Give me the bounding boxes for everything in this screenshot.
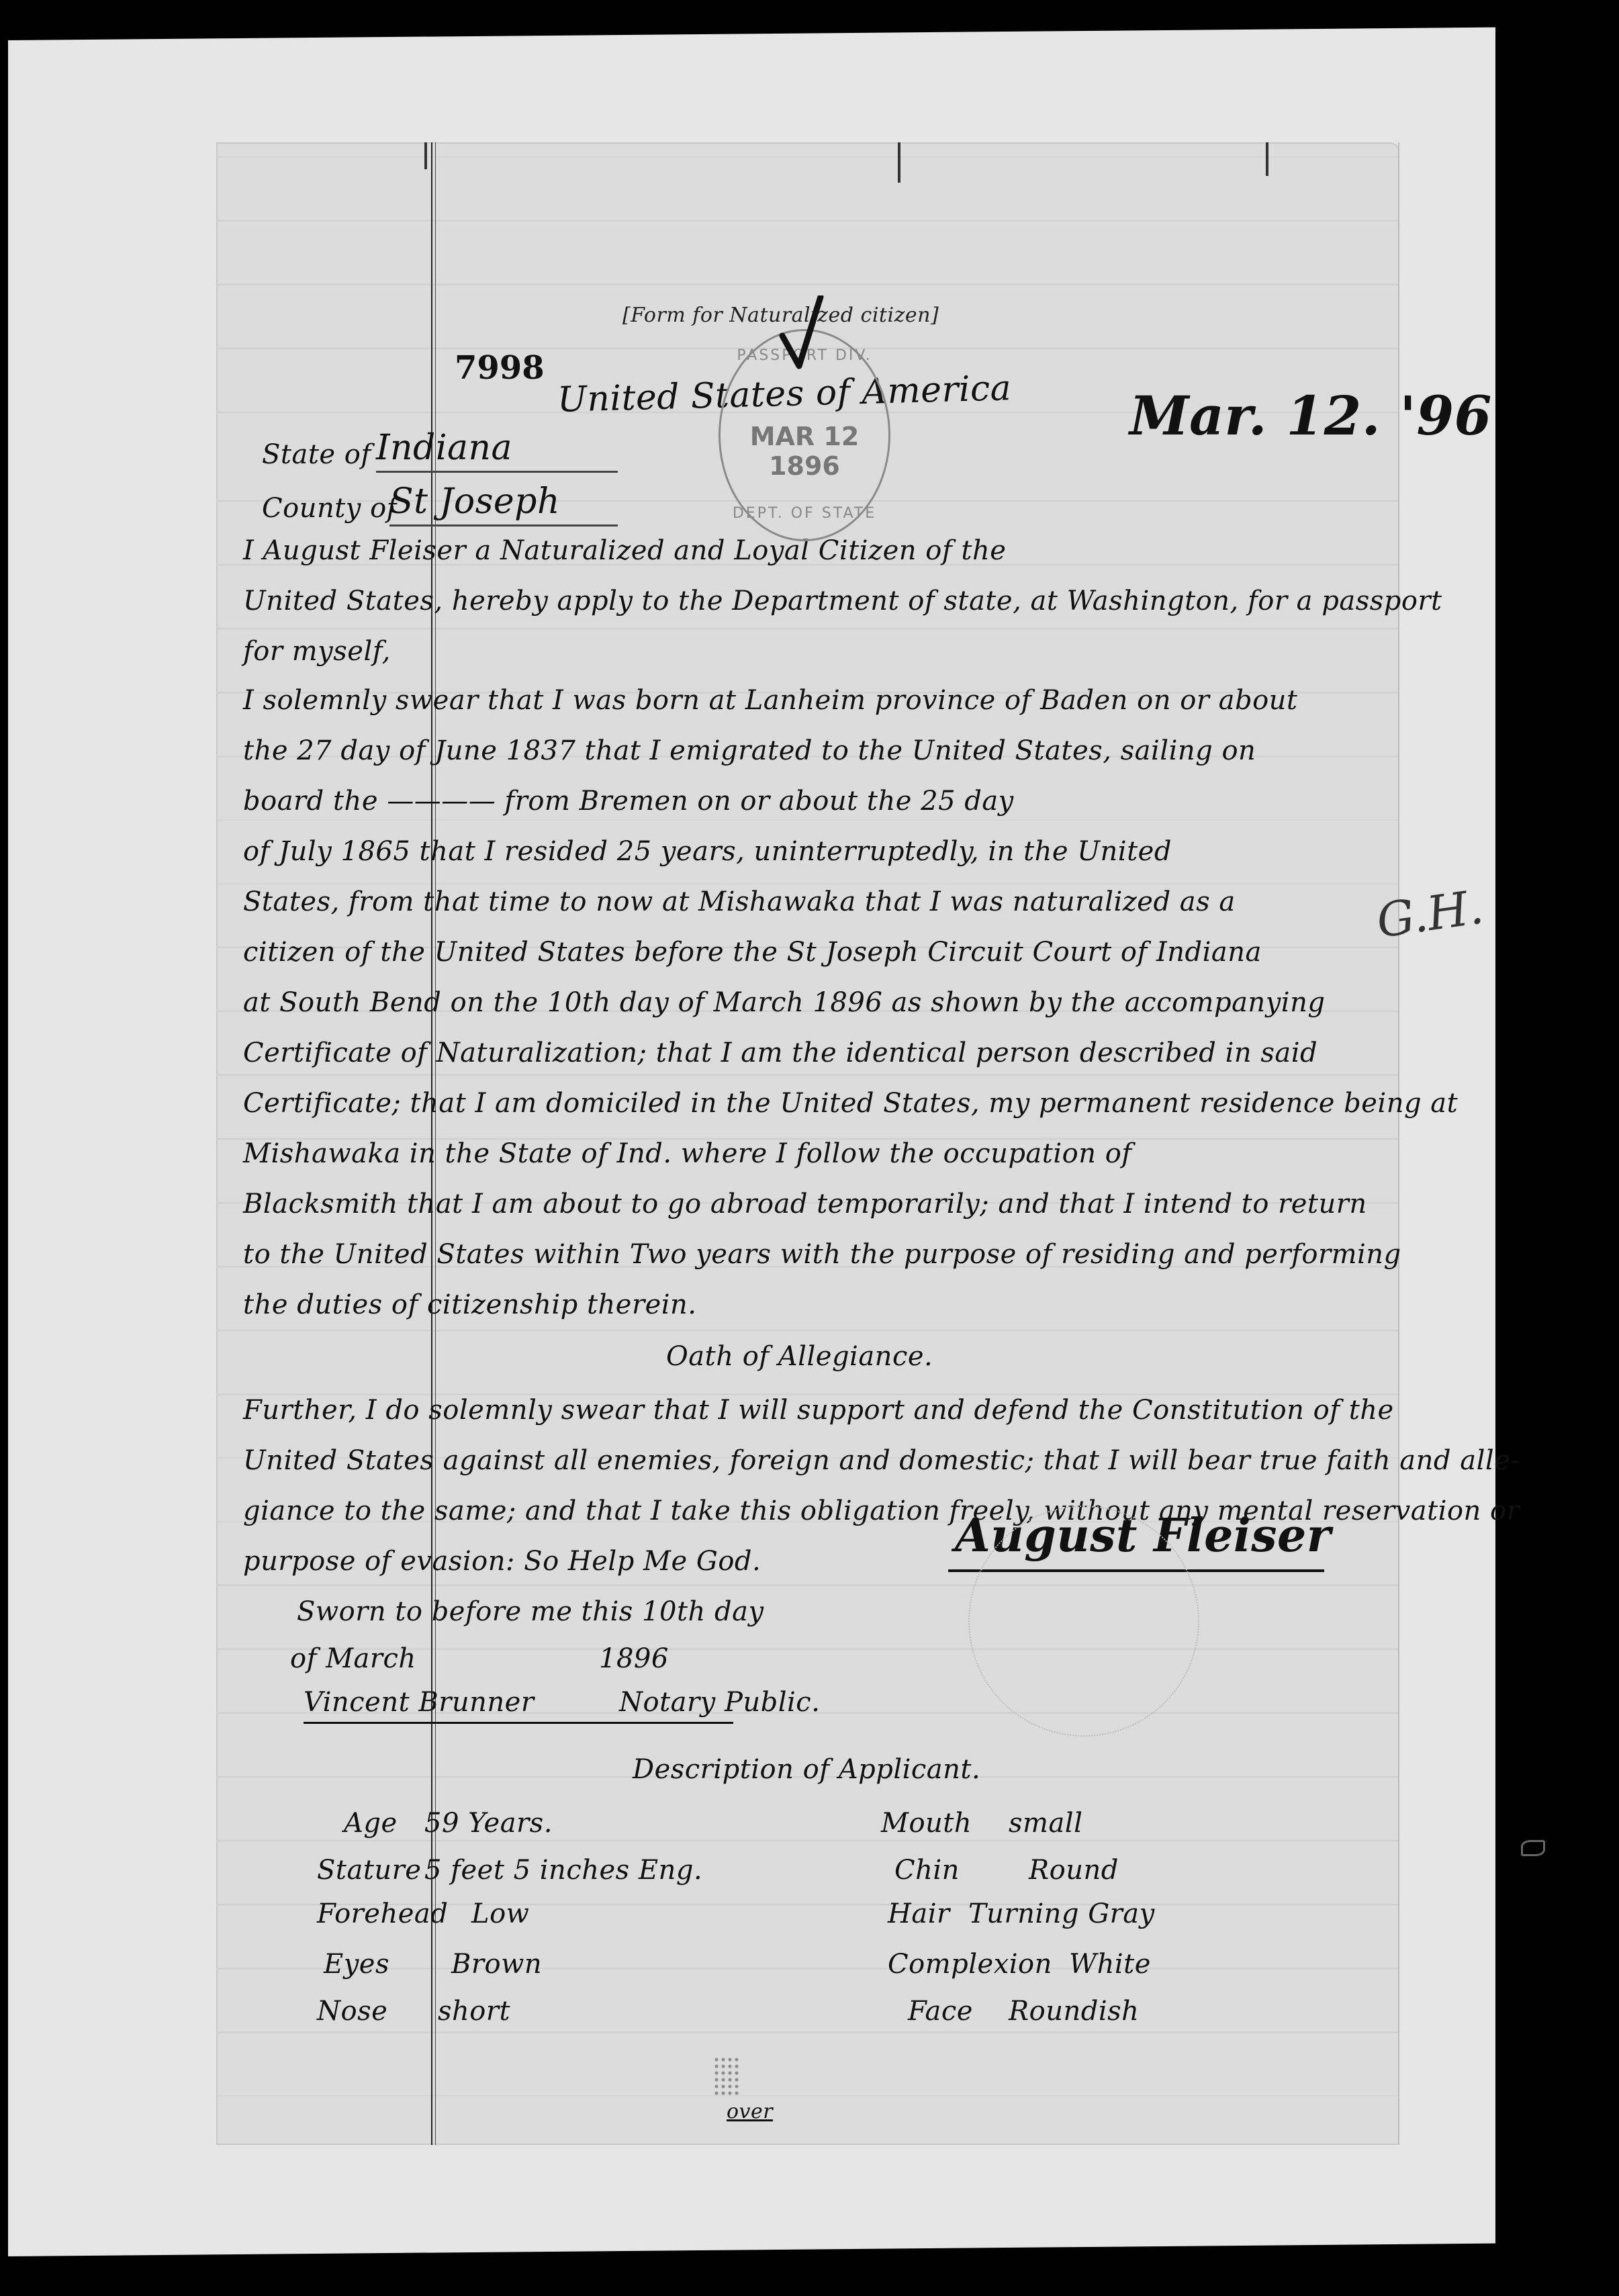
body-line: Certificate; that I am domiciled in the … bbox=[243, 1088, 1458, 1119]
stamp-date: MAR 12 1896 bbox=[721, 422, 888, 481]
desc-face-label: Face bbox=[908, 1996, 973, 2027]
desc-chin-value: Round bbox=[1029, 1855, 1119, 1886]
ink-blot bbox=[713, 2056, 740, 2097]
desc-forehead-label: Forehead bbox=[317, 1898, 448, 1929]
body-line: the 27 day of June 1837 that I emigrated… bbox=[243, 735, 1256, 766]
over-note: over bbox=[727, 2100, 773, 2123]
desc-mouth-value: small bbox=[1009, 1808, 1082, 1839]
oath-line: Further, I do solemnly swear that I will… bbox=[243, 1395, 1394, 1426]
county-label: County of bbox=[262, 493, 397, 524]
desc-eyes-value: Brown bbox=[451, 1949, 542, 1980]
desc-nose-value: short bbox=[438, 1996, 510, 2027]
body-line: citizen of the United States before the … bbox=[243, 937, 1262, 968]
fold-mark bbox=[424, 142, 427, 169]
desc-age-label: Age bbox=[344, 1808, 398, 1839]
fold-mark bbox=[898, 142, 900, 183]
description-heading: Description of Applicant. bbox=[633, 1754, 980, 1785]
sworn-year: 1896 bbox=[599, 1643, 669, 1674]
oath-line: United States against all enemies, forei… bbox=[243, 1445, 1520, 1476]
body-line: States, from that time to now at Mishawa… bbox=[243, 886, 1236, 917]
desc-hair-value: Turning Gray bbox=[968, 1898, 1155, 1929]
body-line: to the United States within Two years wi… bbox=[243, 1239, 1401, 1270]
desc-age-value: 59 Years. bbox=[424, 1808, 553, 1839]
oath-line: purpose of evasion: So Help Me God. bbox=[243, 1546, 761, 1577]
state-value: Indiana bbox=[376, 428, 618, 473]
notary-title: Notary Public. bbox=[619, 1687, 820, 1718]
desc-eyes-label: Eyes bbox=[324, 1949, 389, 1980]
sworn-month: of March bbox=[290, 1643, 416, 1674]
desc-face-value: Roundish bbox=[1009, 1996, 1139, 2027]
body-line: of July 1865 that I resided 25 years, un… bbox=[243, 836, 1172, 867]
body-line: Blacksmith that I am about to go abroad … bbox=[243, 1189, 1367, 1220]
desc-stature-label: Stature bbox=[317, 1855, 421, 1886]
county-value: St Joseph bbox=[389, 481, 618, 526]
body-line: Mishawaka in the State of Ind. where I f… bbox=[243, 1138, 1132, 1169]
state-label: State of bbox=[262, 439, 371, 470]
embossed-seal bbox=[968, 1506, 1199, 1737]
stamp-bottom-text: DEPT. OF STATE bbox=[721, 505, 888, 522]
sworn-statement: Sworn to before me this 10th day bbox=[297, 1596, 764, 1627]
body-line: at South Bend on the 10th day of March 1… bbox=[243, 987, 1325, 1018]
desc-complexion-label: Complexion bbox=[888, 1949, 1052, 1980]
desc-hair-label: Hair bbox=[888, 1898, 950, 1929]
oath-heading: Oath of Allegiance. bbox=[666, 1341, 933, 1372]
body-line: for myself, bbox=[243, 636, 391, 667]
checkmark-icon bbox=[779, 295, 826, 369]
notary-signature-line bbox=[304, 1722, 733, 1724]
paper-blemish bbox=[1521, 1840, 1545, 1856]
body-line: Certificate of Naturalization; that I am… bbox=[243, 1038, 1317, 1068]
desc-complexion-value: White bbox=[1069, 1949, 1151, 1980]
fold-mark bbox=[1266, 142, 1268, 176]
body-line: the duties of citizenship therein. bbox=[243, 1289, 697, 1320]
document-number: 7998 bbox=[455, 349, 545, 387]
body-line: United States, hereby apply to the Depar… bbox=[243, 586, 1442, 616]
desc-mouth-label: Mouth bbox=[881, 1808, 972, 1839]
notary-name: Vincent Brunner bbox=[304, 1687, 534, 1718]
body-line: I solemnly swear that I was born at Lanh… bbox=[243, 685, 1297, 716]
desc-forehead-value: Low bbox=[471, 1898, 529, 1929]
date-received: Mar. 12. '96 bbox=[1129, 384, 1492, 447]
desc-nose-label: Nose bbox=[317, 1996, 387, 2027]
body-line: board the ———— from Bremen on or about t… bbox=[243, 786, 1014, 817]
desc-stature-value: 5 feet 5 inches Eng. bbox=[424, 1855, 702, 1886]
body-line: I August Fleiser a Naturalized and Loyal… bbox=[243, 535, 1006, 566]
desc-chin-label: Chin bbox=[894, 1855, 960, 1886]
